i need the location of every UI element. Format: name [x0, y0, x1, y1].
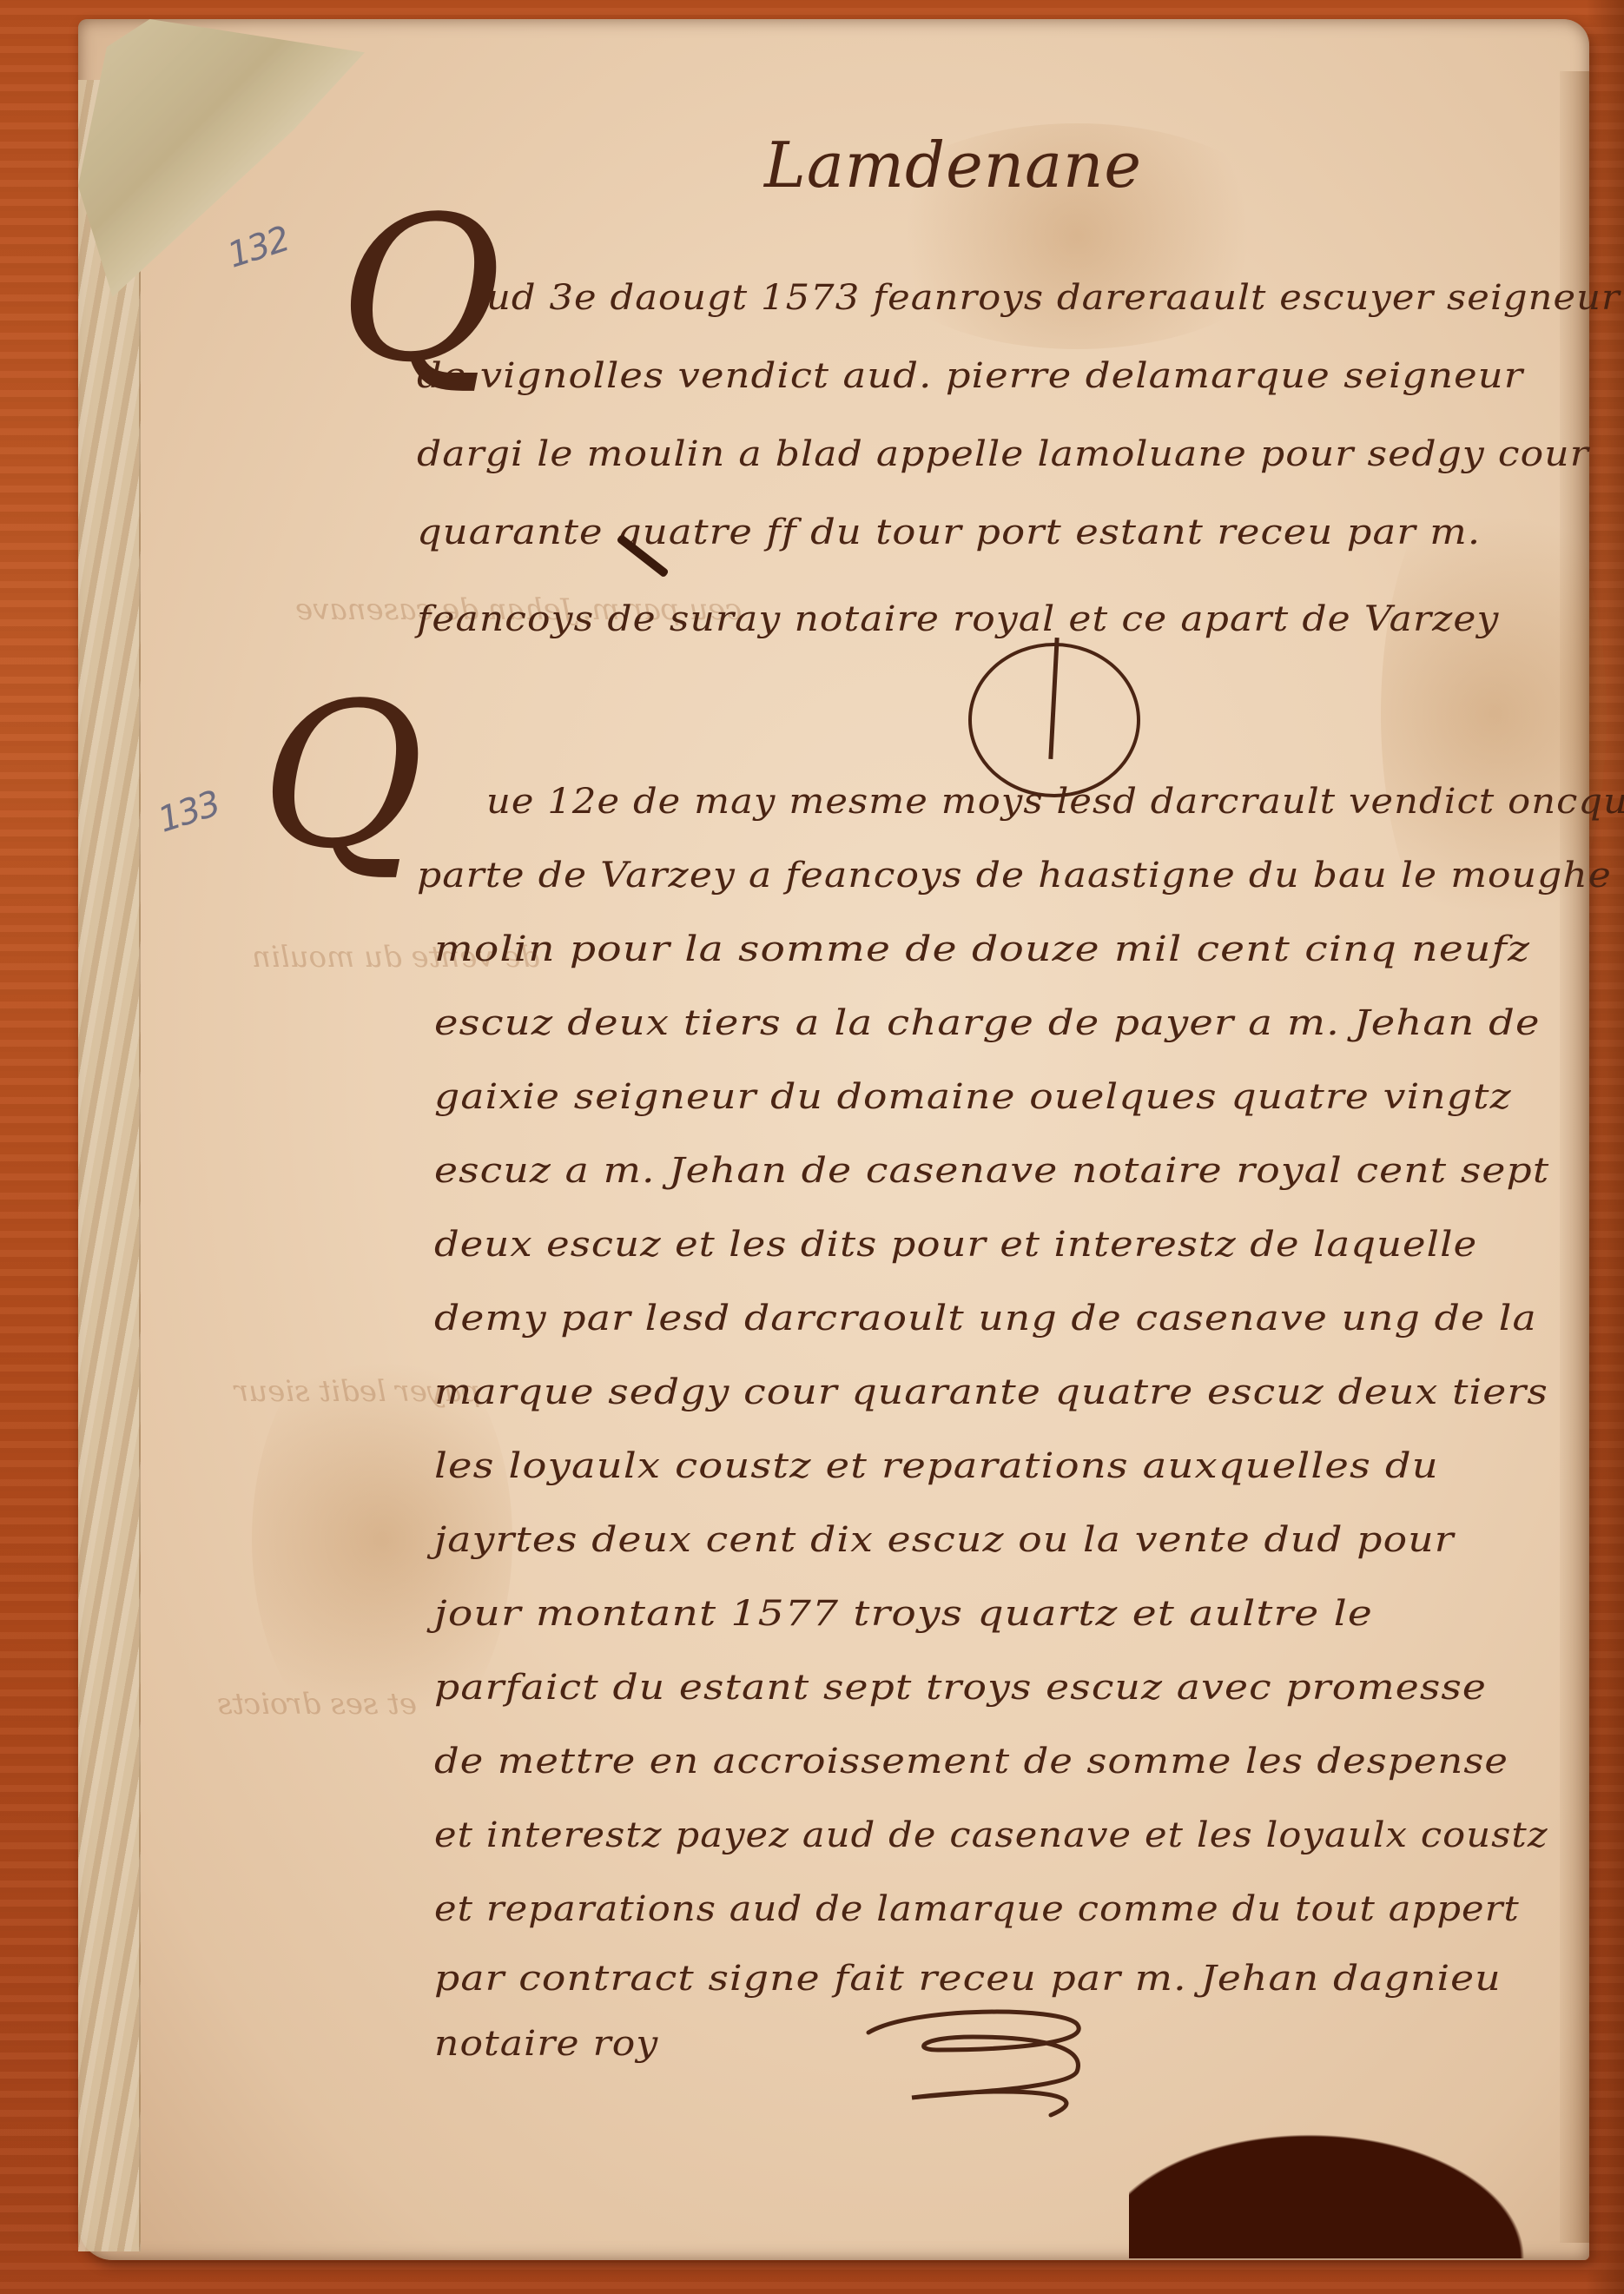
entry-2-line-2: parte de Varzey a feancoys de haastigne … [417, 856, 1612, 896]
frayed-left-edge [78, 80, 141, 2251]
notary-circle-mark [968, 643, 1140, 797]
entry-1-line-4: quarante quatre ff du tour port estant r… [417, 512, 1481, 552]
entry-2-line-7: deux escuz et les dits pour et interestz… [434, 1225, 1477, 1265]
entry-2-line-13: parfaict du estant sept troys escuz avec… [434, 1668, 1487, 1708]
entry-1-line-1: ud 3e daougt 1573 feanroys dareraault es… [486, 278, 1621, 318]
entry-1-line-3: dargi le moulin a blad appelle lamoluane… [417, 434, 1589, 474]
entry-2-line-17: par contract signe fait receu par m. Jeh… [434, 1959, 1502, 1999]
entry-2-line-6: escuz a m. Jehan de casenave notaire roy… [434, 1151, 1549, 1191]
entry-2-line-16: et reparations aud de lamarque comme du … [434, 1889, 1520, 1929]
entry-2-line-8: demy par lesd darcraoult ung de casenave… [434, 1299, 1537, 1339]
entry-1-line-2: de vignolles vendict aud. pierre delamar… [417, 356, 1523, 396]
entry-2-line-12: jour montant 1577 troys quartz et aultre… [434, 1594, 1373, 1634]
entry-2-line-1: ue 12e de may mesme moys lesd darcrault … [486, 782, 1624, 822]
entry-2-line-18: notaire roy [434, 2024, 658, 2064]
adjacent-page-edge [1586, 0, 1624, 2294]
entry-2-line-5: gaixie seigneur du domaine ouelques quat… [434, 1077, 1512, 1117]
torn-page-edge [1129, 2102, 1581, 2258]
entry-2-line-3: molin pour la somme de douze mil cent ci… [434, 929, 1530, 969]
entry-2-line-10: les loyaulx coustz et reparations auxque… [434, 1446, 1439, 1486]
entry-1-line-5: feancoys de suray notaire royal et ce ap… [417, 599, 1500, 639]
entry-2-line-15: et interestz payez aud de casenave et le… [434, 1815, 1548, 1855]
page-binding-edge [1560, 71, 1589, 2243]
torn-corner [78, 19, 365, 297]
entry-2-line-4: escuz deux tiers a la charge de payer a … [434, 1003, 1541, 1043]
closing-flourish-signature [860, 1998, 1120, 2119]
entry-2-line-9: marque sedgy cour quarante quatre escuz … [434, 1372, 1548, 1412]
page-heading: Lamdenane [764, 129, 1142, 202]
entry-2-initial: Q [261, 678, 425, 877]
bleed-through-text: et ses droicts [217, 1687, 417, 1722]
entry-2-line-14: de mettre en accroissement de somme les … [434, 1742, 1508, 1782]
entry-2-line-11: jayrtes deux cent dix escuz ou la vente … [434, 1520, 1455, 1560]
